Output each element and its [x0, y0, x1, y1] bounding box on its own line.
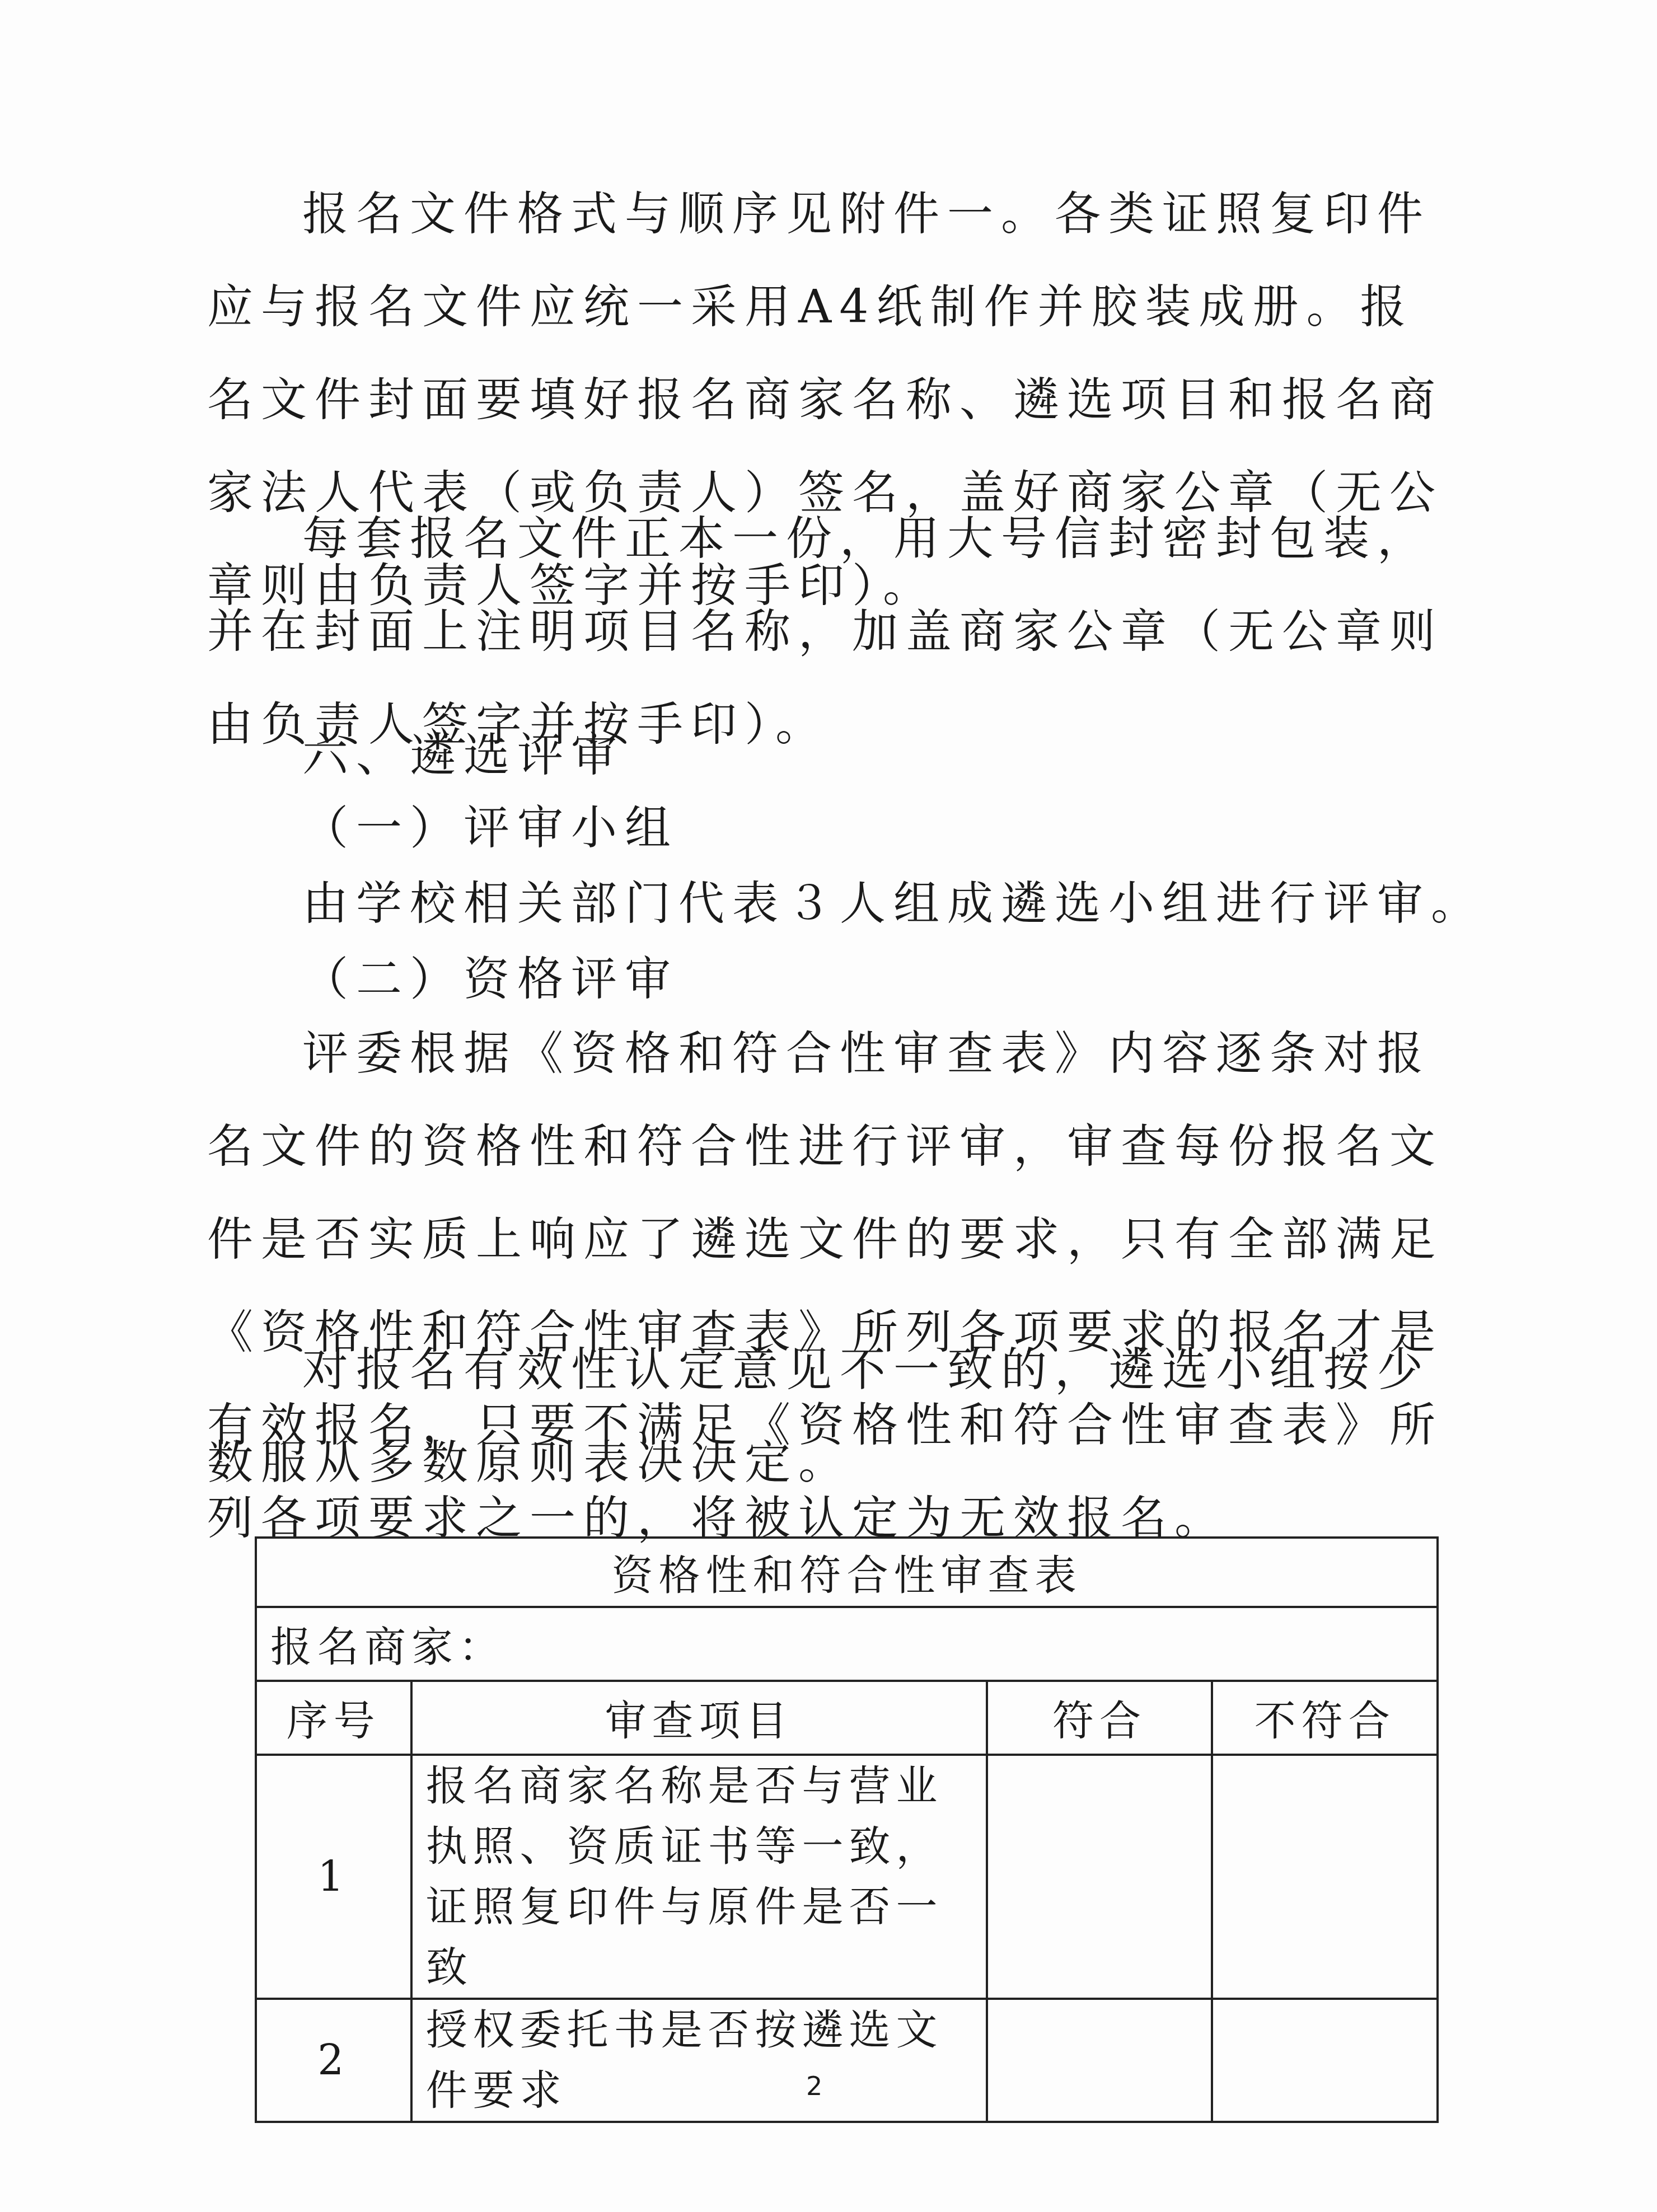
row-pass-cell	[987, 1755, 1213, 1999]
document-page: 报名文件格式与顺序见附件一。各类证照复印件应与报名文件应统一采用A4纸制作并胶装…	[0, 0, 1657, 2212]
column-header-fail: 不符合	[1212, 1681, 1438, 1755]
section-heading-review: 六、遴选评审	[302, 722, 625, 789]
subheading-review-panel: （一）评审小组	[302, 795, 678, 862]
row-fail-cell	[1212, 1755, 1438, 1999]
vendor-label: 报名商家：	[256, 1607, 1438, 1681]
row-fail-cell	[1212, 1999, 1438, 2122]
page-number: 2	[806, 2071, 822, 2101]
row-number: 1	[256, 1755, 411, 1999]
table-row: 1 报名商家名称是否与营业执照、资质证书等一致，证照复印件与原件是否一致	[256, 1755, 1438, 1999]
table-title: 资格性和符合性审查表	[256, 1538, 1438, 1607]
row-item: 报名商家名称是否与营业执照、资质证书等一致，证照复印件与原件是否一致	[411, 1755, 987, 1999]
column-header-pass: 符合	[987, 1681, 1213, 1755]
qualification-review-table: 资格性和符合性审查表 报名商家： 序号 审查项目 符合 不符合 1 报名商家名称…	[255, 1536, 1439, 2123]
row-pass-cell	[987, 1999, 1213, 2122]
subheading-qualification-review: （二）资格评审	[302, 946, 678, 1013]
row-item: 授权委托书是否按遴选文件要求	[411, 1999, 987, 2122]
column-header-item: 审查项目	[411, 1681, 987, 1755]
review-panel-text: 由学校相关部门代表３人组成遴选小组进行评审。	[302, 870, 1485, 938]
row-number: 2	[256, 1999, 411, 2122]
table-row: 2 授权委托书是否按遴选文件要求	[256, 1999, 1438, 2122]
paragraph-majority-rule: 对报名有效性认定意见不一致的，遴选小组按少数服从多数原则表决决定。	[207, 1324, 1450, 1510]
column-header-number: 序号	[256, 1681, 411, 1755]
